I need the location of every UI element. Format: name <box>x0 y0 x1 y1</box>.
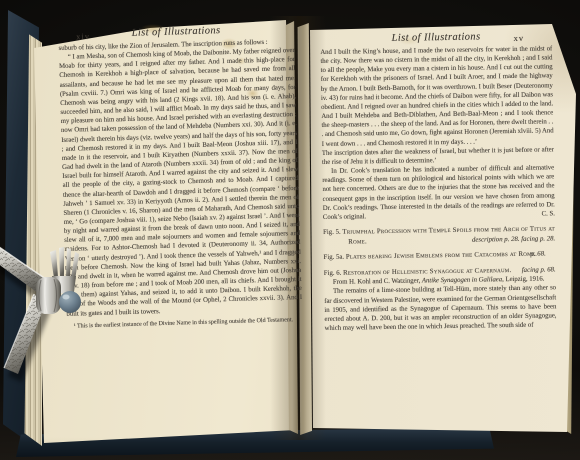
right-page-text: List of Illustrations xv And I built the… <box>320 30 558 416</box>
right-paragraph-capernaum: The remains of a lime-stone building at … <box>324 284 557 333</box>
right-paragraph-cook: In Dr. Cook’s translation he has indicat… <box>322 163 555 222</box>
source-prefix: From H. Kohl and C. Watzinger, <box>333 278 422 286</box>
figure-page-reference: description p. 28. facing p. 28. <box>497 234 555 244</box>
cook-paragraph-text: In Dr. Cook’s translation he has indicat… <box>322 164 555 220</box>
source-book-title: Antike Synagogen in Galilaea <box>422 276 502 284</box>
signature-initials: C. S. <box>533 209 555 219</box>
left-page-footnote: ¹ This is the earliest instance of the D… <box>67 317 303 332</box>
clasp-blue-stone <box>59 291 81 313</box>
clasp-knot <box>36 277 61 314</box>
figure-label: Fig. 5a. <box>323 254 344 261</box>
figure-entry-5: Fig. 5. Triumphal Procession with Temple… <box>323 225 555 247</box>
figure-label: Fig. 6. <box>324 270 342 277</box>
right-page-number: xv <box>514 33 525 43</box>
photo-of-open-book: xiv List of Illustrations suburb of his … <box>0 0 580 460</box>
figure-label: Fig. 5. <box>323 229 341 236</box>
right-paragraph-inscription-end: And I built the King’s house, and I made… <box>320 44 554 148</box>
figure-caption: Plates bearing Jewish Emblems from the C… <box>346 251 537 261</box>
source-suffix: , Leipzig, 1916. <box>502 276 544 284</box>
figure-entry-5a: Fig. 5a. Plates bearing Jewish Emblems f… <box>323 250 555 263</box>
figure-page-reference: facing p. 68. <box>547 265 556 274</box>
bookmark-clasp <box>0 232 100 390</box>
